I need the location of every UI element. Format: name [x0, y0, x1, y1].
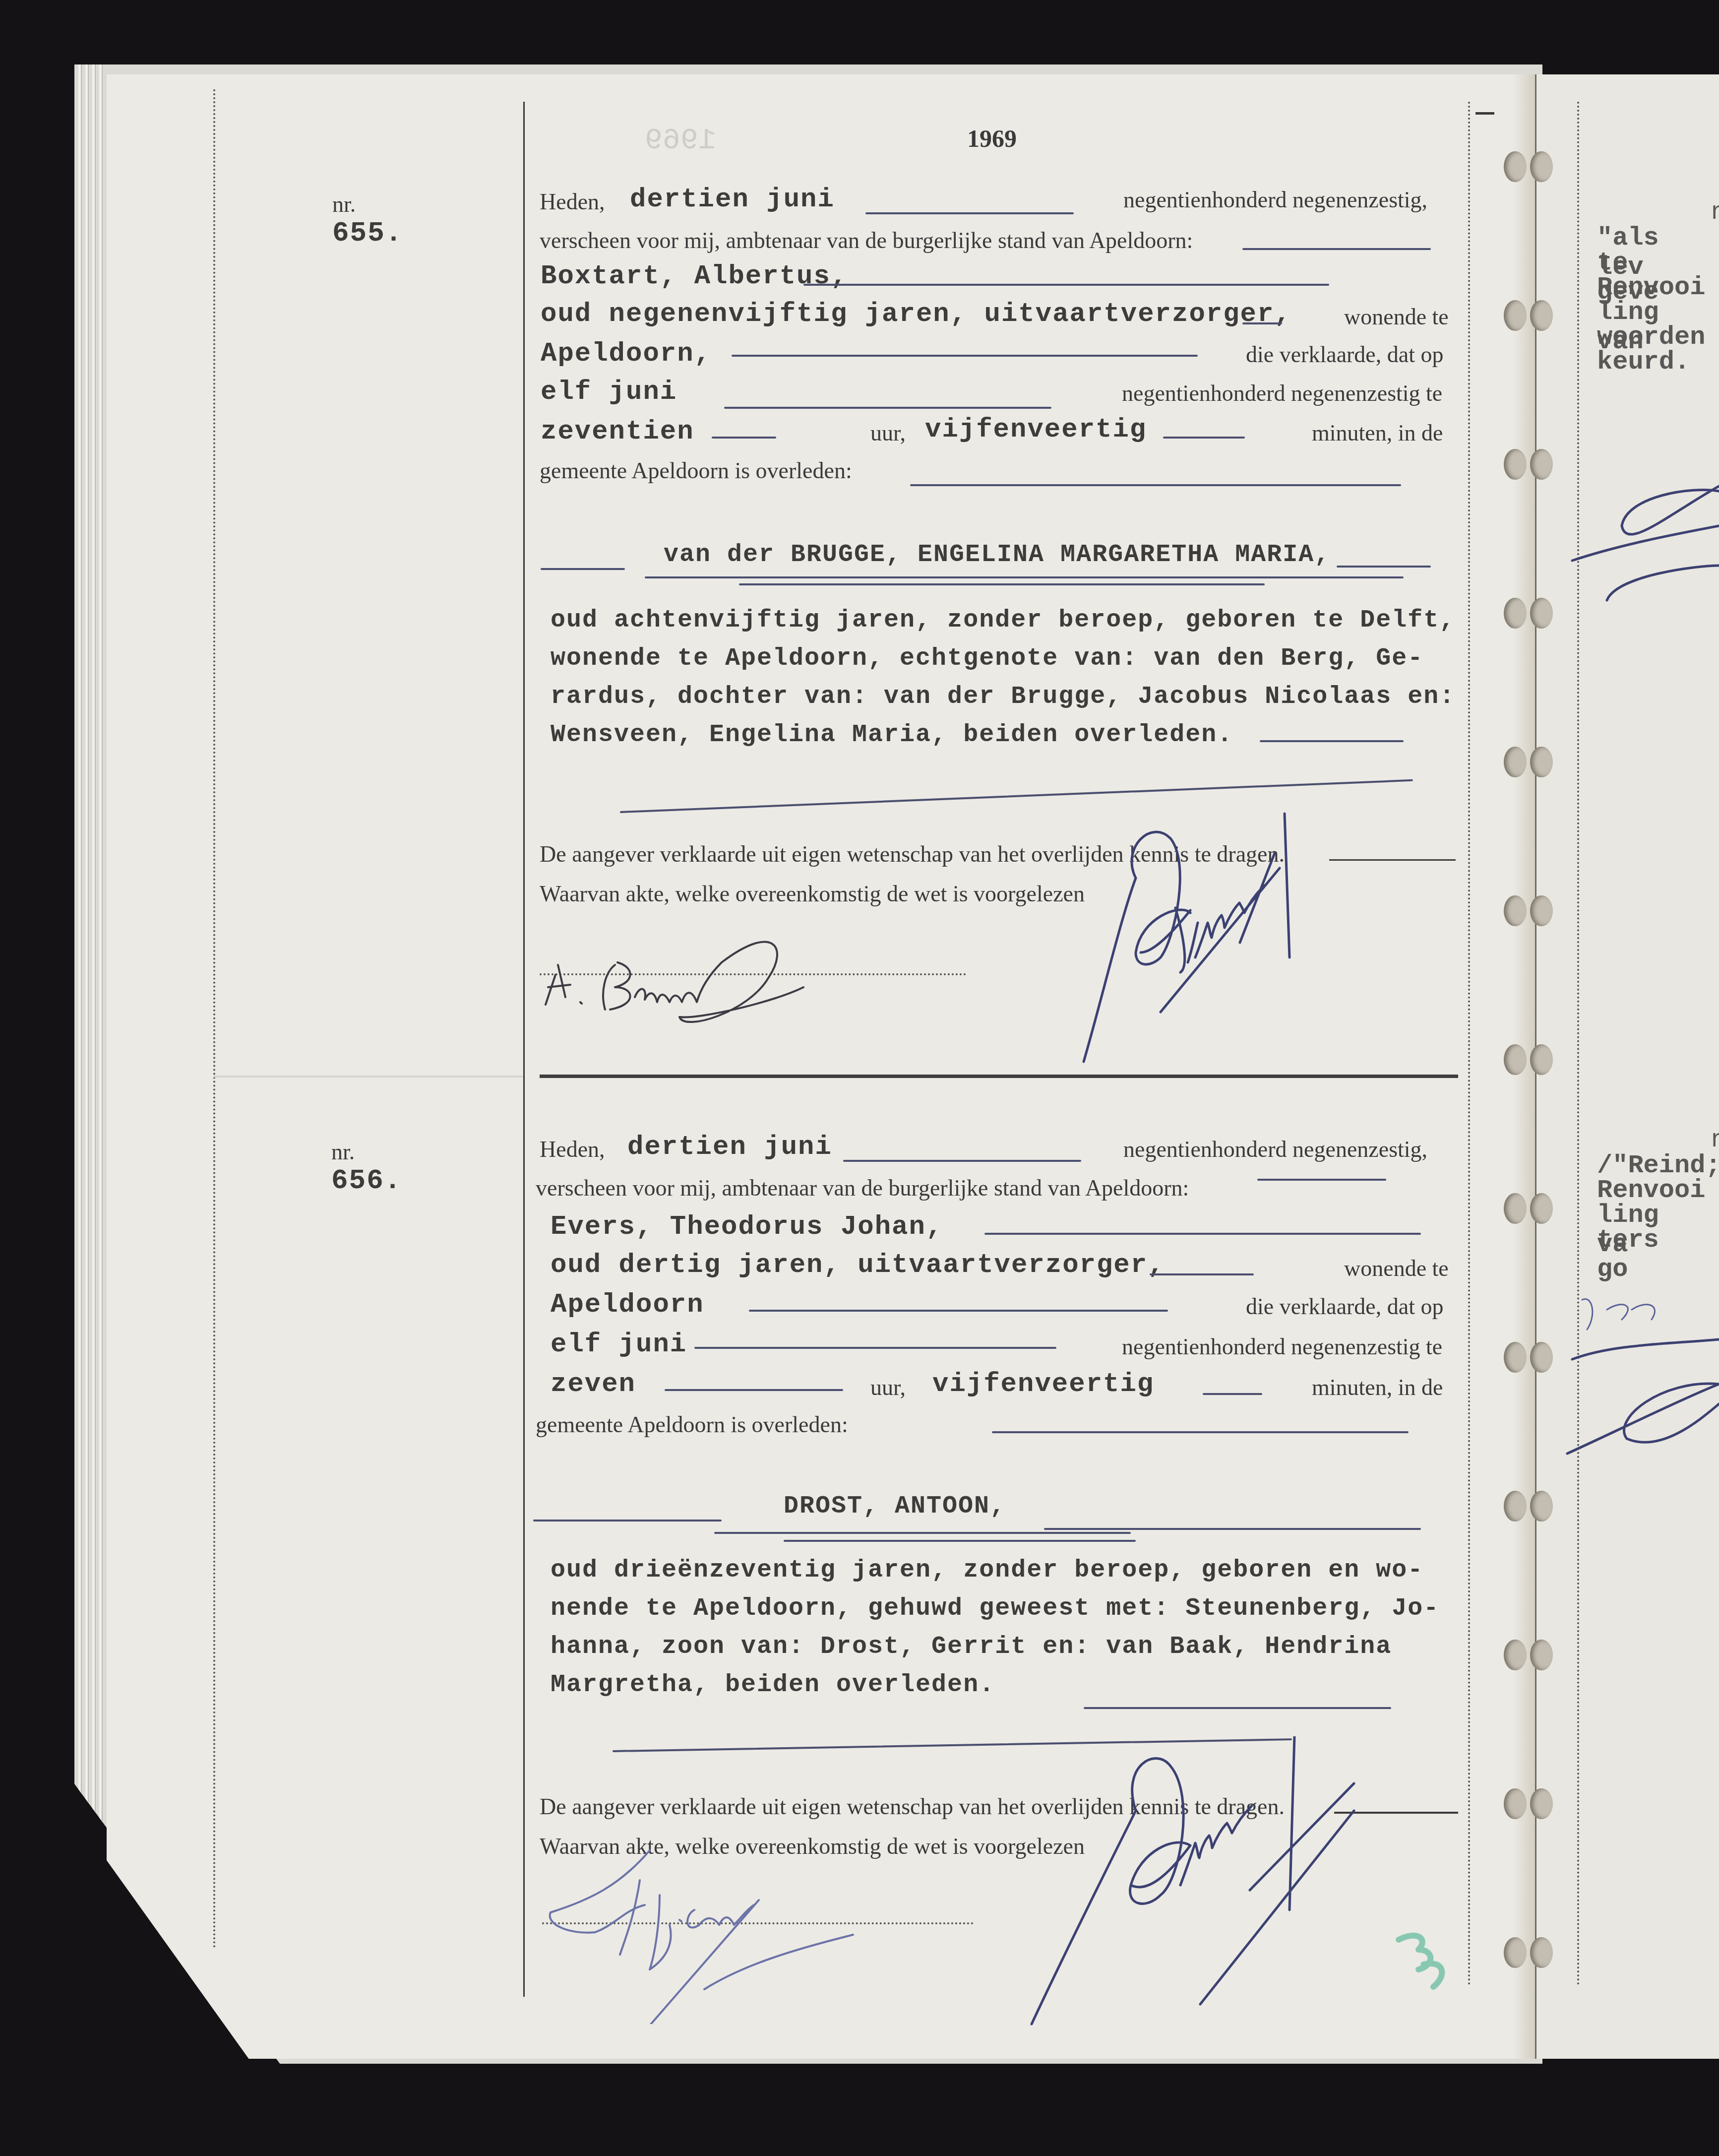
punch-hole	[1504, 1342, 1527, 1373]
name-underline	[739, 583, 1265, 585]
punch-hole	[1504, 1044, 1527, 1075]
death-date: elf juni	[541, 377, 677, 407]
deceased-detail-line: Margretha, beiden overleden.	[551, 1671, 995, 1699]
punch-hole	[1530, 747, 1553, 777]
blank-line	[724, 407, 1051, 409]
entry-separator-margin	[213, 1076, 523, 1078]
punch-hole	[1530, 895, 1553, 926]
heden-label: Heden,	[540, 1136, 605, 1162]
year-words-te: negentienhonderd negenenzestig te	[1122, 1333, 1442, 1360]
year-words: negentienhonderd negenenzestig,	[1123, 1136, 1427, 1162]
next-page-margin-rule	[1577, 102, 1579, 1987]
death-date: elf juni	[551, 1330, 687, 1360]
blank-line	[1260, 740, 1404, 742]
next-page-line: ters go	[1597, 1225, 1659, 1284]
wonende-te-label: wonende te	[1344, 1255, 1449, 1281]
punch-hole	[1504, 747, 1527, 777]
declaration-date: dertien juni	[627, 1132, 832, 1162]
blank-line	[1203, 1393, 1262, 1395]
declarant-signature	[536, 1836, 992, 2024]
margin-annotation	[1389, 1930, 1468, 1999]
punch-hole	[1504, 449, 1527, 480]
page-year: 1969	[967, 124, 1017, 153]
page-edge	[85, 64, 89, 2064]
punch-hole	[1530, 598, 1553, 629]
punch-hole	[1504, 1491, 1527, 1522]
punch-hole	[1530, 1342, 1553, 1373]
entry-separator	[540, 1075, 1458, 1078]
death-hour: zeven	[551, 1369, 636, 1399]
deceased-detail-line: Wensveen, Engelina Maria, beiden overled…	[551, 721, 1233, 749]
blank-line	[803, 284, 1329, 286]
declaration-date: dertien juni	[630, 185, 835, 215]
page-edge	[92, 64, 96, 2064]
blank-line	[865, 212, 1074, 214]
punch-hole	[1504, 300, 1527, 331]
next-page-nr: nr	[1711, 1126, 1719, 1154]
name-underline	[784, 1540, 1136, 1542]
death-minutes: vijfenveertig	[925, 415, 1147, 445]
punch-hole	[1504, 1640, 1527, 1670]
punch-hole	[1504, 895, 1527, 926]
margin-rule	[213, 89, 215, 1950]
blank-line	[992, 1431, 1409, 1433]
blank-line	[1150, 1273, 1254, 1275]
deceased-detail-line: oud achtenvijftig jaren, zonder beroep, …	[551, 606, 1455, 634]
punch-hole	[1530, 449, 1553, 480]
page-edge	[99, 64, 103, 2064]
page-edge	[78, 64, 82, 2064]
wonende-te-label: wonende te	[1344, 304, 1449, 330]
blank-line	[749, 1310, 1168, 1312]
blank-line	[984, 1233, 1421, 1235]
bleed-through-year: 1969	[645, 124, 716, 158]
blank-line	[1242, 248, 1431, 250]
entry-number: 655.	[332, 217, 403, 249]
column-rule	[523, 102, 525, 1997]
deceased-detail-line: nende te Apeldoorn, gehuwd geweest met: …	[551, 1594, 1439, 1623]
margin-annotation-text: 77	[1399, 1945, 1404, 1950]
punch-hole	[1504, 598, 1527, 629]
declarant-residence: Apeldoorn	[551, 1290, 704, 1320]
blank-line	[1084, 1707, 1391, 1709]
minuten-label: minuten, in de	[1312, 1374, 1443, 1400]
registrar-signature	[992, 794, 1458, 1072]
entry-number-prefix: nr.	[332, 191, 356, 217]
punch-hole	[1530, 151, 1553, 182]
deceased-name: DROST, ANTOON,	[784, 1492, 1006, 1521]
blank-line	[732, 355, 1198, 357]
punch-hole	[1530, 1193, 1553, 1224]
next-page-signatures	[1567, 387, 1719, 695]
right-margin-rule	[1468, 102, 1470, 1987]
punch-hole	[1530, 1491, 1553, 1522]
entry-number-prefix: nr.	[331, 1139, 355, 1164]
gemeente-label: gemeente Apeldoorn is overleden:	[536, 1411, 848, 1438]
year-words: negentienhonderd negenenzestig,	[1123, 187, 1427, 213]
blank-line	[694, 1347, 1056, 1349]
declarant-residence: Apeldoorn,	[541, 339, 711, 369]
blank-line	[1337, 566, 1431, 568]
deceased-detail-line: wonende te Apeldoorn, echtgenote van: va…	[551, 644, 1423, 673]
minuten-label: minuten, in de	[1312, 420, 1443, 446]
declarant-age-occupation: oud negenenvijftig jaren, uitvaartverzor…	[541, 299, 1291, 329]
punch-hole	[1530, 1640, 1553, 1670]
heden-label: Heden,	[540, 189, 605, 215]
right-margin-tick	[1475, 112, 1494, 115]
death-minutes: vijfenveertig	[932, 1369, 1154, 1399]
declarant-name: Boxtart, Albertus,	[541, 261, 848, 292]
uur-label: uur,	[870, 1374, 906, 1400]
blank-line	[1257, 1179, 1386, 1181]
declarant-age-occupation: oud dertig jaren, uitvaartverzorger,	[551, 1250, 1165, 1280]
blank-line	[541, 568, 625, 570]
death-hour: zeventien	[541, 417, 694, 447]
blank-line	[1242, 322, 1282, 324]
deceased-detail-line: rardus, dochter van: van der Brugge, Jac…	[551, 683, 1455, 711]
punch-hole	[1530, 1044, 1553, 1075]
deceased-detail-line: oud drieënzeventig jaren, zonder beroep,…	[551, 1556, 1423, 1585]
entry-number: 656.	[331, 1165, 402, 1197]
blank-line	[712, 437, 776, 439]
punch-hole	[1530, 1788, 1553, 1819]
punch-hole	[1504, 1193, 1527, 1224]
name-underline	[645, 576, 1404, 578]
verscheen-label: verscheen voor mij, ambtenaar van de bur…	[540, 227, 1193, 254]
punch-hole	[1530, 1937, 1553, 1968]
year-words-te: negentienhonderd negenenzestig te	[1122, 380, 1442, 406]
declarant-signature	[536, 918, 982, 1042]
die-verklaarde-label: die verklaarde, dat op	[1246, 341, 1443, 368]
punch-hole	[1504, 151, 1527, 182]
punch-hole	[1530, 300, 1553, 331]
gemeente-label: gemeente Apeldoorn is overleden:	[540, 457, 852, 484]
declarant-name: Evers, Theodorus Johan,	[551, 1212, 943, 1242]
deceased-detail-line: hanna, zoon van: Drost, Gerrit en: van B…	[551, 1633, 1392, 1661]
verscheen-label: verscheen voor mij, ambtenaar van de bur…	[536, 1175, 1189, 1201]
next-page-nr: nr	[1711, 198, 1719, 227]
uur-label: uur,	[870, 420, 906, 446]
blank-line	[665, 1389, 843, 1391]
name-underline	[714, 1532, 1131, 1534]
blank-line	[843, 1160, 1081, 1162]
next-page-signatures	[1562, 1290, 1719, 1498]
next-page-line: keurd.	[1597, 347, 1690, 377]
blank-line	[1163, 437, 1245, 439]
deceased-name: van der BRUGGE, ENGELINA MARGARETHA MARI…	[664, 541, 1330, 569]
blank-line	[910, 484, 1401, 486]
blank-line	[533, 1520, 722, 1522]
blank-line	[1044, 1528, 1421, 1530]
die-verklaarde-label: die verklaarde, dat op	[1246, 1293, 1443, 1320]
